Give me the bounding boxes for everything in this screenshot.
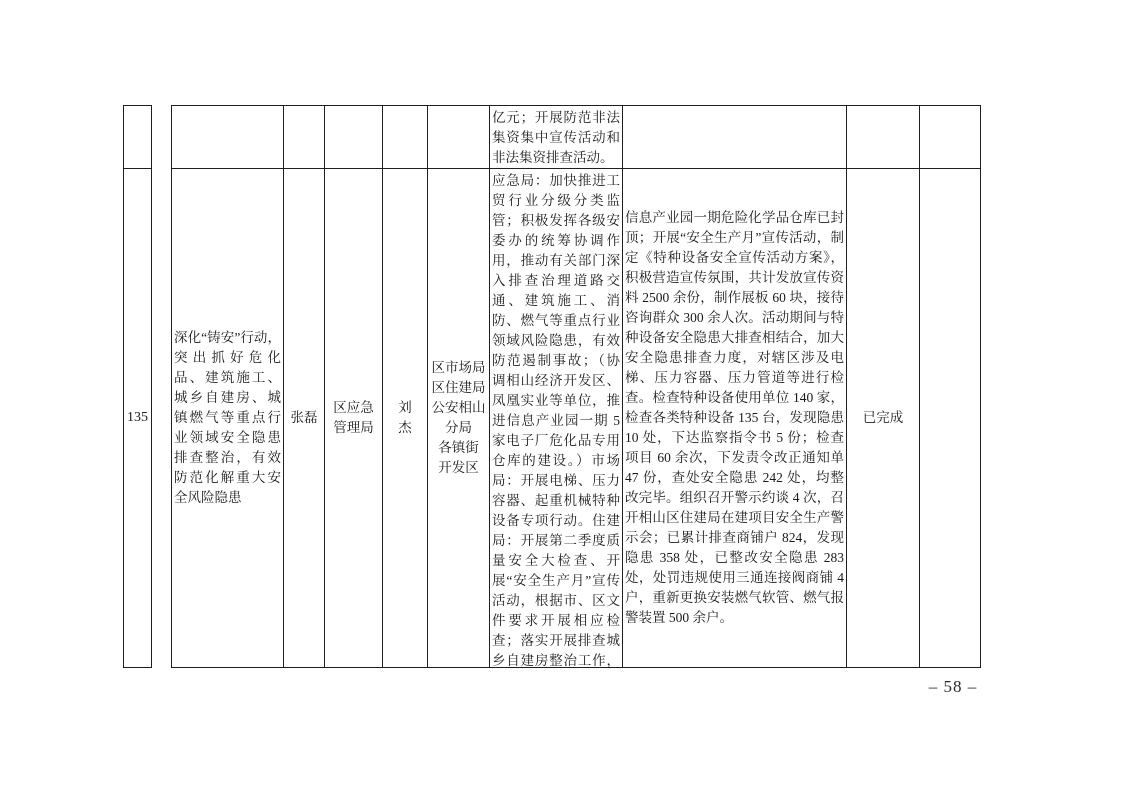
cooperating-units-cell: 区市场局 区住建局 公安相山 分局 各镇街 开发区	[428, 169, 490, 667]
task-text: 深化“铸安”行动，突出抓好危化品、建筑施工、城乡自建房、城镇燃气等重点行业领域安…	[174, 328, 281, 508]
cont-lead-unit-cell	[325, 106, 383, 169]
responsible-person-cell: 刘 杰	[383, 169, 428, 667]
serial-number-column: 135	[123, 105, 152, 668]
lead-unit-cell: 区应急 管理局	[325, 169, 383, 667]
status-cell: 已完成	[847, 169, 920, 667]
document-page: 135 亿元；开展防范非法集资集中宣传活动和非法集资排查活动。 深化“铸安”行动…	[0, 0, 1122, 793]
cont-progress-cell	[623, 106, 847, 169]
progress-text: 信息产业园一期危险化学品仓库已封顶；开展“安全生产月”宣传活动，制定《特种设备安…	[625, 208, 844, 628]
progress-cell: 信息产业园一期危险化学品仓库已封顶；开展“安全生产月”宣传活动，制定《特种设备安…	[623, 169, 847, 667]
serial-cell-empty	[124, 106, 151, 169]
page-number: – 58 –	[916, 677, 990, 697]
task-table: 亿元；开展防范非法集资集中宣传活动和非法集资排查活动。 深化“铸安”行动，突出抓…	[171, 105, 981, 668]
cont-remark-cell	[920, 106, 980, 169]
remark-cell	[920, 169, 980, 667]
cont-task-cell	[172, 106, 284, 169]
leader-name-cell: 张磊	[284, 169, 325, 667]
measures-cell: 应急局：加快推进工贸行业分级分类监管；积极发挥各级安委办的统筹协调作用，推动有关…	[490, 169, 623, 667]
task-cell: 深化“铸安”行动，突出抓好危化品、建筑施工、城乡自建房、城镇燃气等重点行业领域安…	[172, 169, 284, 667]
cont-co-units-cell	[428, 106, 490, 169]
serial-cell-135: 135	[124, 169, 151, 667]
cont-measures-cell: 亿元；开展防范非法集资集中宣传活动和非法集资排查活动。	[490, 106, 623, 169]
cont-leader-cell	[284, 106, 325, 169]
cont-person-cell	[383, 106, 428, 169]
cont-status-cell	[847, 106, 920, 169]
